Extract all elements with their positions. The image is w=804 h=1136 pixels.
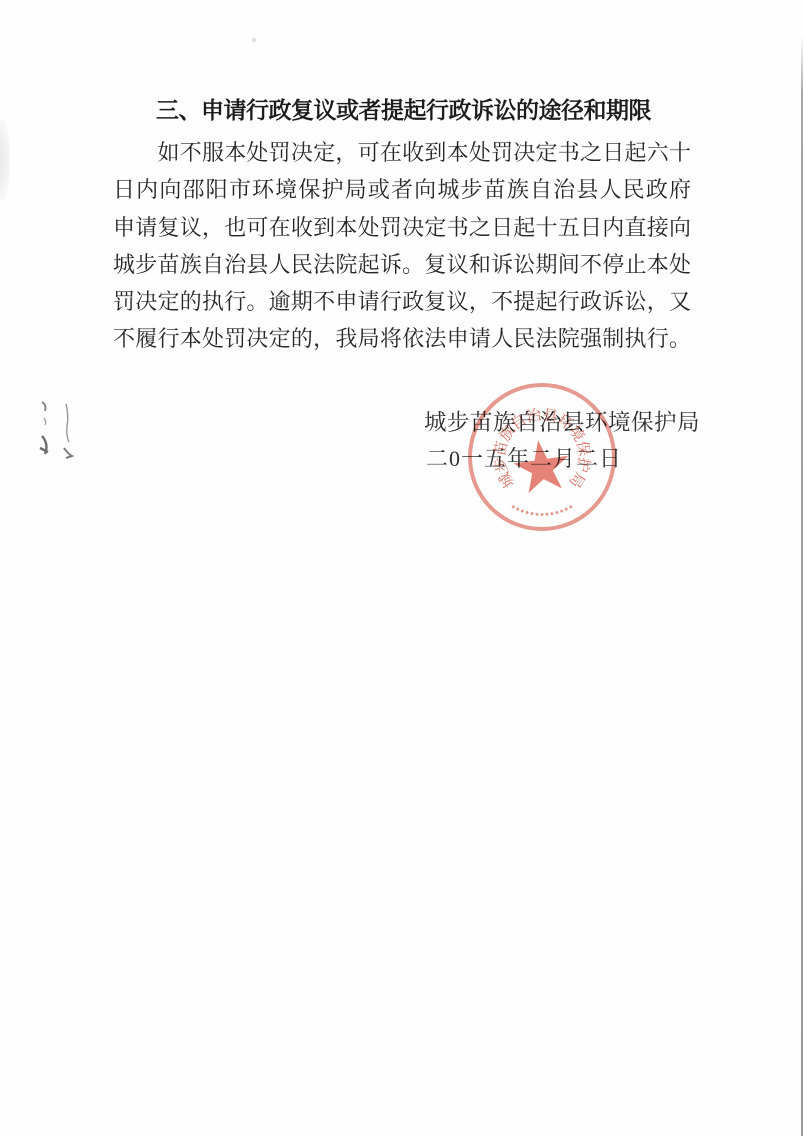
seal-code-dot xyxy=(555,511,559,515)
seal-code-dot xyxy=(511,505,515,509)
seal-code-dot xyxy=(535,513,538,516)
seal-code-dot xyxy=(550,512,553,515)
seal-code-dot xyxy=(564,507,568,511)
seal-code-dot xyxy=(530,512,533,515)
paragraph-line: 申请复议，也可在收到本处罚决定书之日起十五日内直接向 xyxy=(113,209,691,246)
paragraph-line: 不履行本处罚决定的，我局将依法申请人民法院强制执行。 xyxy=(113,320,691,357)
ink-mark xyxy=(30,390,90,480)
document-page: 三、申请行政复议或者提起行政诉讼的途径和期限 如不服本处罚决定，可在收到本处罚决… xyxy=(0,0,804,1136)
scan-speck xyxy=(252,38,256,42)
seal-code-dot xyxy=(569,505,573,509)
paragraph-line: 城步苗族自治县人民法院起诉。复议和诉讼期间不停止本处 xyxy=(113,246,691,283)
seal-code-dot xyxy=(525,511,529,515)
seal-code-dot xyxy=(560,509,564,513)
paragraph-line: 日内向邵阳市环境保护局或者向城步苗族自治县人民政府 xyxy=(113,171,691,208)
seal-code-dot xyxy=(545,513,548,516)
body-paragraph: 如不服本处罚决定，可在收到本处罚决定书之日起六十 日内向邵阳市环境保护局或者向城… xyxy=(113,134,691,358)
scan-smudge xyxy=(0,120,10,200)
seal-code-dot xyxy=(541,513,544,516)
section-heading: 三、申请行政复议或者提起行政诉讼的途径和期限 xyxy=(156,93,651,127)
seal-code-dot xyxy=(516,507,520,511)
paragraph-line: 罚决定的执行。逾期不申请行政复议，不提起行政诉讼，又 xyxy=(113,283,691,320)
scan-edge-line xyxy=(801,36,803,1136)
issue-date: 二0一五年二月二日 xyxy=(426,444,622,474)
issuing-authority-signature: 城步苗族自治县环境保护局 xyxy=(424,408,700,438)
seal-code-dot xyxy=(520,509,524,513)
paragraph-line: 如不服本处罚决定，可在收到本处罚决定书之日起六十 xyxy=(113,134,691,171)
